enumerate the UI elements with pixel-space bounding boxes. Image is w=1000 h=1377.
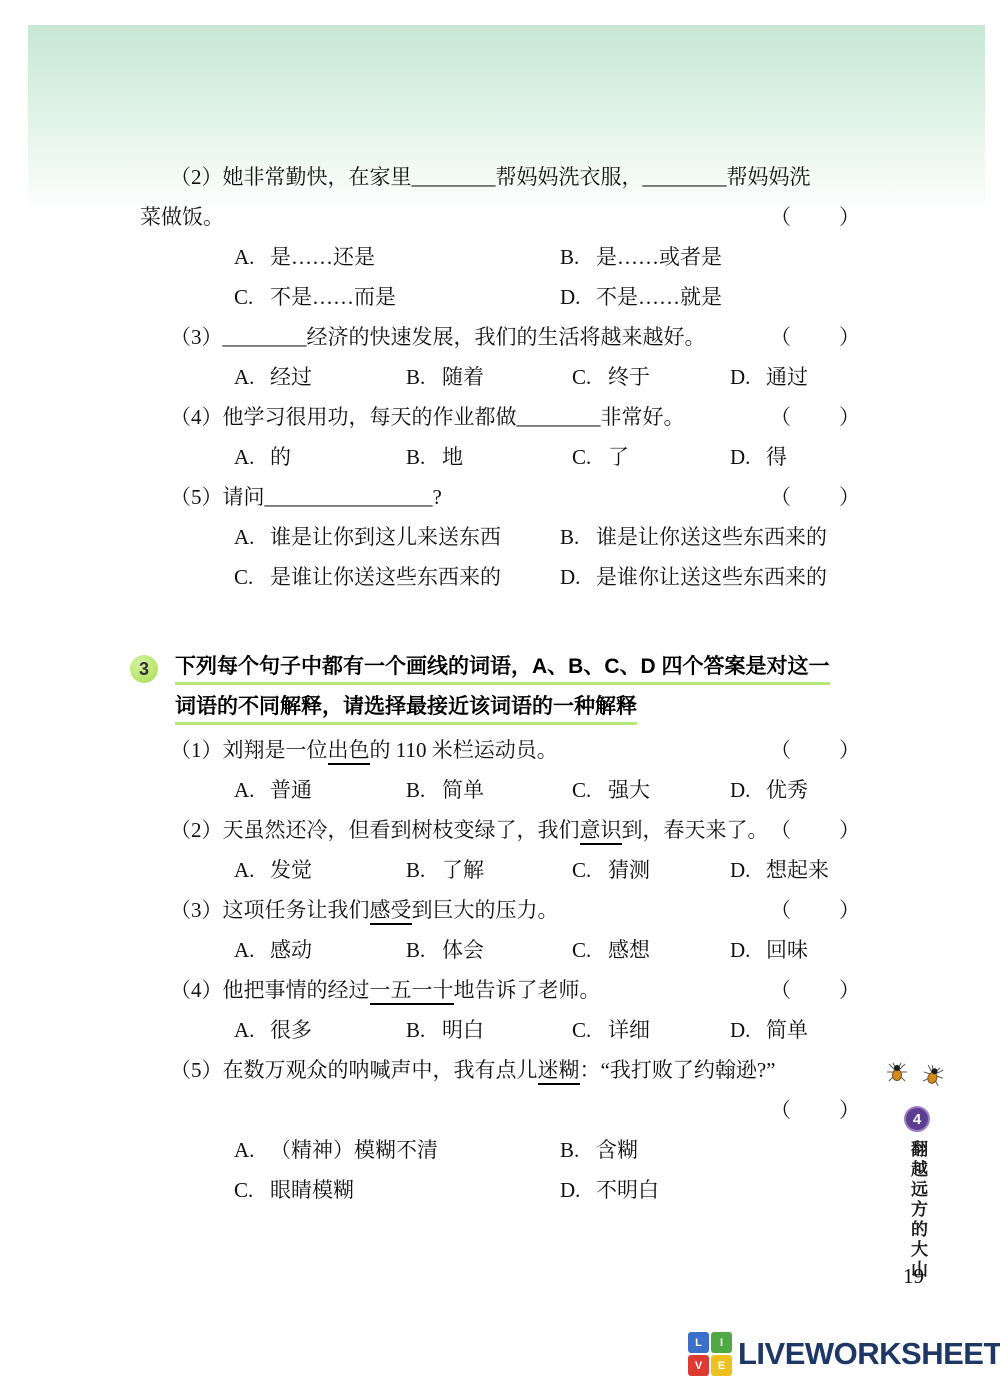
option-text: 随着 (442, 367, 484, 388)
answer-slot[interactable]: （ ） (770, 407, 862, 428)
option-text: 含糊 (596, 1140, 638, 1161)
option-c: C.终于 (572, 367, 730, 388)
option-label: C. (572, 940, 598, 961)
answer-slot[interactable]: （ ） (770, 980, 862, 1001)
question-text: （4）他学习很用功，每天的作业都做________非常好。 (140, 407, 685, 428)
option-text: 优秀 (766, 780, 808, 801)
option-text: 是……还是 (270, 247, 375, 268)
underlined-word: 迷糊 (538, 1058, 580, 1085)
option-label: C. (572, 447, 598, 468)
option-label: D. (560, 567, 586, 588)
option-a: A.（精神）模糊不清 (234, 1140, 560, 1161)
question-text: （2）她非常勤快，在家里________帮妈妈洗衣服，________帮妈妈洗 (140, 167, 811, 188)
option-label: A. (234, 447, 260, 468)
question-pre: （4）他把事情的经过 (170, 978, 370, 1002)
option-text: 详细 (608, 1020, 650, 1041)
options-row: A.的 B.地 C.了 D.得 (234, 437, 862, 477)
option-b: B.谁是让你送这些东西来的 (560, 527, 862, 548)
option-label: A. (234, 1140, 260, 1161)
option-label: C. (234, 1180, 260, 1201)
option-label: D. (730, 940, 756, 961)
option-label: A. (234, 527, 260, 548)
option-b: B.含糊 (560, 1140, 862, 1161)
option-c: C.感想 (572, 940, 730, 961)
option-label: B. (406, 940, 432, 961)
question-post: 地告诉了老师。 (454, 978, 601, 1002)
option-text: 体会 (442, 940, 484, 961)
section-3-heading-line1: 3 下列每个句子中都有一个画线的词语，A、B、C、D 四个答案是对这一 (140, 650, 862, 690)
option-d: D.通过 (730, 367, 862, 388)
option-label: D. (730, 860, 756, 881)
underlined-word: 一五一十 (370, 978, 454, 1005)
option-label: D. (730, 447, 756, 468)
underlined-word: 感受 (370, 898, 412, 925)
underlined-word: 出色 (328, 738, 370, 765)
question-post: 到巨大的压力。 (412, 898, 559, 922)
question-post: 到，春天来了。 (622, 818, 769, 842)
section-3: 3 下列每个句子中都有一个画线的词语，A、B、C、D 四个答案是对这一 词语的不… (140, 650, 862, 1210)
option-text: 是……或者是 (596, 247, 722, 268)
options-row: A.（精神）模糊不清 B.含糊 (234, 1130, 862, 1170)
option-text: 很多 (270, 1020, 312, 1041)
option-b: B.随着 (406, 367, 572, 388)
option-a: A.谁是让你到这儿来送东西 (234, 527, 560, 548)
question-text: （3）这项任务让我们感受到巨大的压力。 (140, 900, 559, 921)
logo-square-i: I (711, 1332, 732, 1353)
option-d: D.简单 (730, 1020, 862, 1041)
option-d: D.想起来 (730, 860, 862, 881)
option-label: B. (560, 527, 586, 548)
question-text: （2）天虽然还冷，但看到树枝变绿了，我们意识到，春天来了。 (140, 820, 769, 841)
option-d: D.优秀 (730, 780, 862, 801)
option-b: B.简单 (406, 780, 572, 801)
section-heading-text: 下列每个句子中都有一个画线的词语，A、B、C、D 四个答案是对这一 (175, 656, 830, 685)
options-row: C.是谁让你送这些东西来的 D.是谁你让送这些东西来的 (234, 557, 862, 597)
question-text: （5）请问________________? (140, 487, 442, 508)
question-text: （3）________经济的快速发展，我们的生活将越来越好。 (140, 327, 706, 348)
section-3-heading-line2: 词语的不同解释，请选择最接近该词语的一种解释 (140, 690, 862, 730)
option-label: A. (234, 247, 260, 268)
option-label: D. (730, 1020, 756, 1041)
question-3-5: （5）在数万观众的呐喊声中，我有点儿迷糊：“我打败了约翰逊?” (140, 1050, 862, 1090)
question-pre: （3）这项任务让我们 (170, 898, 370, 922)
option-label: D. (560, 1180, 586, 1201)
option-a: A.发觉 (234, 860, 406, 881)
question-pre: （1）刘翔是一位 (170, 738, 328, 762)
question-text: （5）在数万观众的呐喊声中，我有点儿迷糊：“我打败了约翰逊?” (140, 1060, 775, 1081)
option-text: 谁是让你到这儿来送东西 (270, 527, 501, 548)
question-2-2-line2: 菜做饭。 （ ） (140, 197, 862, 237)
option-label: A. (234, 1020, 260, 1041)
section-3-badge: 3 (130, 655, 158, 683)
option-text: 了 (608, 447, 629, 468)
options-row: C.眼睛模糊 D.不明白 (234, 1170, 862, 1210)
question-pre: （5）在数万观众的呐喊声中，我有点儿 (170, 1058, 538, 1082)
liveworksheets-logo: L I V E LIVEWORKSHEETS (688, 1332, 1000, 1376)
option-text: 明白 (442, 1020, 484, 1041)
unit-number-badge: 4 (904, 1106, 930, 1132)
insect-icon (884, 1060, 910, 1086)
option-a: A.的 (234, 447, 406, 468)
option-b: B.明白 (406, 1020, 572, 1041)
option-label: A. (234, 940, 260, 961)
options-row: A.感动 B.体会 C.感想 D.回味 (234, 930, 862, 970)
option-text: 了解 (442, 860, 484, 881)
option-text: 不是……而是 (270, 287, 396, 308)
option-text: 简单 (766, 1020, 808, 1041)
option-label: C. (234, 287, 260, 308)
option-c: C.详细 (572, 1020, 730, 1041)
option-text: 回味 (766, 940, 808, 961)
option-a: A.经过 (234, 367, 406, 388)
option-label: B. (406, 780, 432, 801)
option-text: 得 (766, 447, 787, 468)
option-d: D.不是……就是 (560, 287, 862, 308)
option-label: B. (560, 247, 586, 268)
option-label: B. (560, 1140, 586, 1161)
answer-slot[interactable]: （ ） (770, 207, 862, 228)
answer-slot[interactable]: （ ） (770, 900, 862, 921)
option-c: C.猜测 (572, 860, 730, 881)
option-a: A.感动 (234, 940, 406, 961)
options-row: A.很多 B.明白 C.详细 D.简单 (234, 1010, 862, 1050)
underlined-word: 意识 (580, 818, 622, 845)
question-post: 的 110 米栏运动员。 (370, 738, 558, 762)
option-text: 是谁让你送这些东西来的 (270, 567, 501, 588)
option-text: 经过 (270, 367, 312, 388)
option-label: C. (572, 860, 598, 881)
option-d: D.得 (730, 447, 862, 468)
option-text: （精神）模糊不清 (270, 1140, 438, 1161)
option-text: 不是……就是 (596, 287, 722, 308)
option-label: A. (234, 367, 260, 388)
worksheet-page: { "ui": { "answer_slot": "（ ）" }, "color… (0, 0, 1000, 1377)
question-3-5-answer-line: （ ） (140, 1090, 862, 1130)
option-label: D. (730, 780, 756, 801)
option-text: 的 (270, 447, 291, 468)
option-text: 感想 (608, 940, 650, 961)
option-label: D. (560, 287, 586, 308)
option-label: B. (406, 860, 432, 881)
options-row: A.普通 B.简单 C.强大 D.优秀 (234, 770, 862, 810)
option-c: C.不是……而是 (234, 287, 560, 308)
option-b: B.地 (406, 447, 572, 468)
option-label: C. (572, 367, 598, 388)
option-d: D.回味 (730, 940, 862, 961)
option-label: A. (234, 780, 260, 801)
options-row: C.不是……而是 D.不是……就是 (234, 277, 862, 317)
option-a: A.很多 (234, 1020, 406, 1041)
question-3-4: （4）他把事情的经过一五一十地告诉了老师。 （ ） (140, 970, 862, 1010)
option-text: 是谁你让送这些东西来的 (596, 567, 827, 588)
option-label: C. (234, 567, 260, 588)
option-text: 感动 (270, 940, 312, 961)
option-label: B. (406, 367, 432, 388)
option-c: C.是谁让你送这些东西来的 (234, 567, 560, 588)
insect-icon (917, 1060, 950, 1093)
option-b: B.了解 (406, 860, 572, 881)
option-a: A.普通 (234, 780, 406, 801)
option-b: B.体会 (406, 940, 572, 961)
question-text: （4）他把事情的经过一五一十地告诉了老师。 (140, 980, 601, 1001)
options-row: A.是……还是 B.是……或者是 (234, 237, 862, 277)
question-text: （1）刘翔是一位出色的 110 米栏运动员。 (140, 740, 558, 761)
options-row: A.谁是让你到这儿来送东西 B.谁是让你送这些东西来的 (234, 517, 862, 557)
answer-slot[interactable]: （ ） (770, 327, 862, 348)
option-label: C. (572, 1020, 598, 1041)
question-3-3: （3）这项任务让我们感受到巨大的压力。 （ ） (140, 890, 862, 930)
option-text: 普通 (270, 780, 312, 801)
answer-slot[interactable]: （ ） (770, 740, 862, 761)
option-b: B.是……或者是 (560, 247, 862, 268)
section-heading-text: 词语的不同解释，请选择最接近该词语的一种解释 (175, 696, 637, 725)
option-text: 终于 (608, 367, 650, 388)
option-text: 猜测 (608, 860, 650, 881)
option-label: D. (730, 367, 756, 388)
logo-square-v: V (688, 1355, 709, 1376)
question-text: 菜做饭。 (140, 207, 224, 228)
option-label: C. (572, 780, 598, 801)
option-c: C.眼睛模糊 (234, 1180, 560, 1201)
question-2-5: （5）请问________________? （ ） (140, 477, 862, 517)
question-2-2-line1: （2）她非常勤快，在家里________帮妈妈洗衣服，________帮妈妈洗 (140, 157, 862, 197)
option-text: 通过 (766, 367, 808, 388)
question-pre: （2）天虽然还冷，但看到树枝变绿了，我们 (170, 818, 580, 842)
logo-square-e: E (711, 1355, 732, 1376)
answer-slot[interactable]: （ ） (770, 1100, 862, 1121)
option-text: 想起来 (766, 860, 829, 881)
option-text: 谁是让你送这些东西来的 (596, 527, 827, 548)
unit-title-vertical: 翻越远方的大山 (905, 1140, 930, 1280)
options-row: A.发觉 B.了解 C.猜测 D.想起来 (234, 850, 862, 890)
option-c: C.强大 (572, 780, 730, 801)
page-number: 19 (903, 1264, 924, 1289)
option-a: A.是……还是 (234, 247, 560, 268)
option-text: 地 (442, 447, 463, 468)
worksheet-content: （2）她非常勤快，在家里________帮妈妈洗衣服，________帮妈妈洗 … (140, 157, 862, 1210)
answer-slot[interactable]: （ ） (770, 487, 862, 508)
question-3-1: （1）刘翔是一位出色的 110 米栏运动员。 （ ） (140, 730, 862, 770)
option-c: C.了 (572, 447, 730, 468)
option-text: 简单 (442, 780, 484, 801)
question-3-2: （2）天虽然还冷，但看到树枝变绿了，我们意识到，春天来了。 （ ） (140, 810, 862, 850)
option-text: 强大 (608, 780, 650, 801)
option-d: D.不明白 (560, 1180, 862, 1201)
answer-slot[interactable]: （ ） (770, 820, 862, 841)
logo-square-l: L (688, 1332, 709, 1353)
option-label: A. (234, 860, 260, 881)
option-text: 眼睛模糊 (270, 1180, 354, 1201)
brand-name: LIVEWORKSHEETS (738, 1336, 1000, 1372)
question-2-3: （3）________经济的快速发展，我们的生活将越来越好。 （ ） (140, 317, 862, 357)
question-2-4: （4）他学习很用功，每天的作业都做________非常好。 （ ） (140, 397, 862, 437)
option-d: D.是谁你让送这些东西来的 (560, 567, 862, 588)
logo-squares-icon: L I V E (688, 1332, 732, 1376)
option-text: 发觉 (270, 860, 312, 881)
option-label: B. (406, 1020, 432, 1041)
option-text: 不明白 (596, 1180, 659, 1201)
options-row: A.经过 B.随着 C.终于 D.通过 (234, 357, 862, 397)
option-label: B. (406, 447, 432, 468)
question-post: ：“我打败了约翰逊?” (580, 1058, 776, 1082)
